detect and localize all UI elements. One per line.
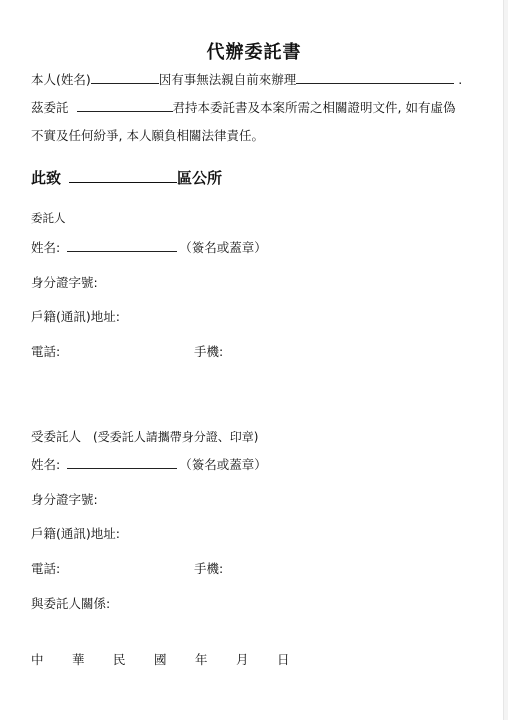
agent-name-blank[interactable] bbox=[77, 101, 173, 112]
agent-phone-label: 電話: bbox=[31, 559, 60, 577]
principal-phone-label: 電話: bbox=[31, 342, 60, 360]
agent-id-label: 身分證字號: bbox=[31, 490, 98, 508]
date-part-zhong: 中 bbox=[31, 650, 72, 668]
principal-name-prefix: 本人(姓名) bbox=[31, 72, 91, 87]
agent-relation-label: 與委託人關係: bbox=[31, 594, 110, 612]
principal-id-label: 身分證字號: bbox=[31, 273, 98, 291]
date-part-hua: 華 bbox=[72, 650, 113, 668]
date-part-guo: 國 bbox=[154, 650, 195, 668]
principal-name-label: 姓名: bbox=[31, 240, 60, 255]
addressee-line: 此致區公所 bbox=[31, 167, 222, 188]
date-part-min: 民 bbox=[113, 650, 154, 668]
paragraph-line-3: 不實及任何紛爭, 本人願負相關法律責任。 bbox=[31, 126, 264, 144]
agent-name-row: 姓名:（簽名或蓋章） bbox=[31, 455, 267, 473]
agent-address-label: 戶籍(通訊)地址: bbox=[31, 524, 120, 542]
paragraph-line-1: 本人(姓名)因有事無法親自前來辦理. bbox=[31, 70, 462, 88]
addressee-suffix: 區公所 bbox=[177, 169, 222, 187]
document-page: 代辦委託書 本人(姓名)因有事無法親自前來辦理. 茲委託君持本委託書及本案所需之… bbox=[0, 0, 503, 720]
principal-mobile-label: 手機: bbox=[194, 342, 223, 360]
principal-signature-note: （簽名或蓋章） bbox=[179, 240, 267, 255]
principal-heading: 委託人 bbox=[31, 210, 66, 226]
principal-name-field[interactable] bbox=[67, 241, 177, 252]
agent-mobile-label: 手機: bbox=[194, 559, 223, 577]
date-line: 中華民國年月日 bbox=[31, 650, 318, 668]
agent-heading-note: (受委託人請攜帶身分證、印章) bbox=[93, 430, 258, 444]
district-blank[interactable] bbox=[69, 170, 177, 183]
date-part-year: 年 bbox=[195, 650, 236, 668]
line1-period: . bbox=[458, 72, 462, 87]
principal-name-row: 姓名:（簽名或蓋章） bbox=[31, 238, 267, 256]
agent-heading-row: 受委託人(受委託人請攜帶身分證、印章) bbox=[31, 427, 258, 445]
page-edge bbox=[503, 0, 508, 720]
date-part-month: 月 bbox=[236, 650, 277, 668]
agent-name-label: 姓名: bbox=[31, 457, 60, 472]
entrust-prefix: 茲委託 bbox=[31, 100, 69, 115]
reason-text: 因有事無法親自前來辦理 bbox=[159, 72, 297, 87]
agent-heading: 受委託人 bbox=[31, 429, 81, 444]
principal-name-blank[interactable] bbox=[91, 73, 159, 84]
principal-address-label: 戶籍(通訊)地址: bbox=[31, 307, 120, 325]
matter-blank[interactable] bbox=[296, 73, 454, 84]
agent-name-field[interactable] bbox=[67, 458, 177, 469]
agent-signature-note: （簽名或蓋章） bbox=[179, 457, 267, 472]
document-title: 代辦委託書 bbox=[0, 38, 508, 64]
entrust-text: 君持本委託書及本案所需之相關證明文件, 如有虛偽 bbox=[173, 100, 456, 115]
date-part-day: 日 bbox=[277, 650, 318, 668]
paragraph-line-2: 茲委託君持本委託書及本案所需之相關證明文件, 如有虛偽 bbox=[31, 98, 455, 116]
addressee-prefix: 此致 bbox=[31, 169, 61, 187]
